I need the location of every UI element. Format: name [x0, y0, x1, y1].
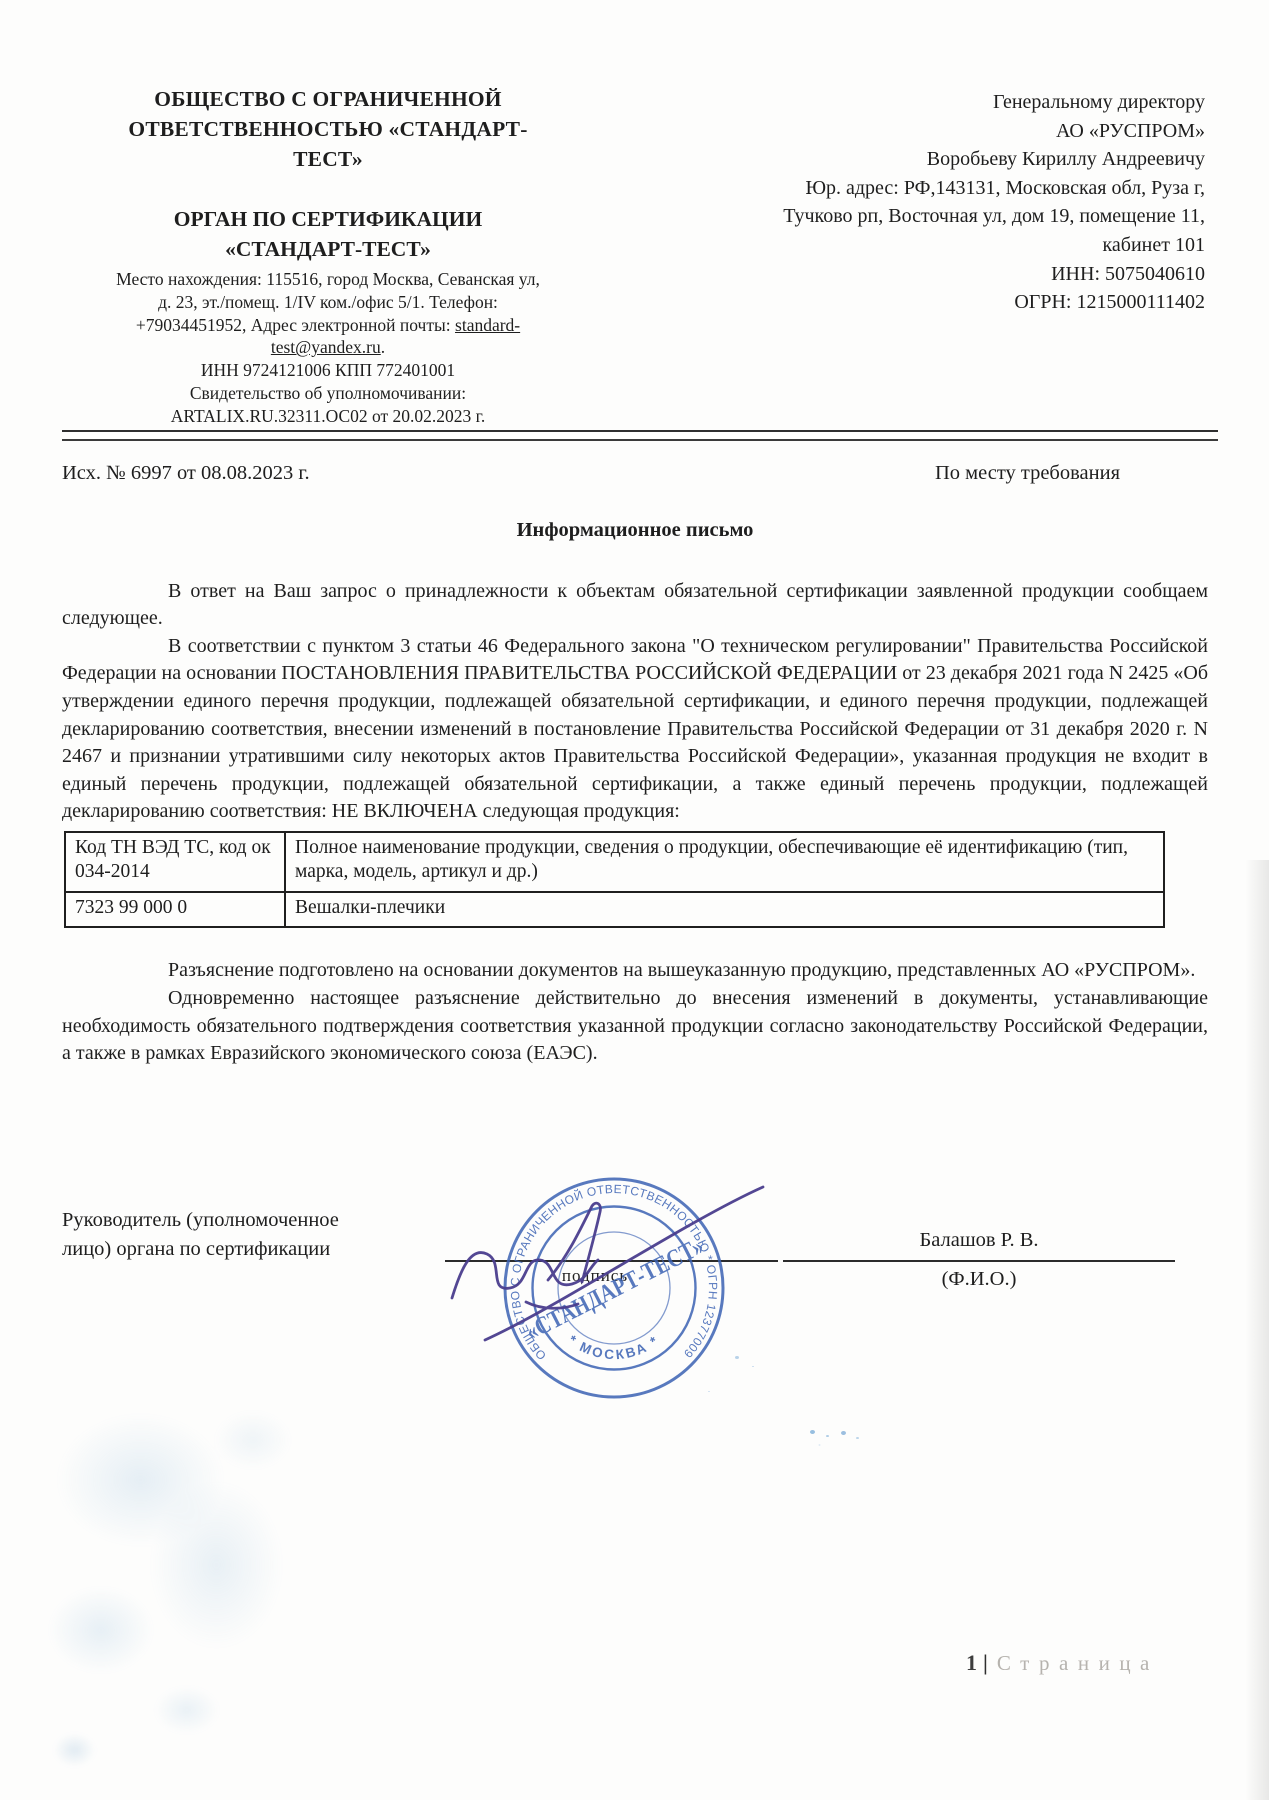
recipient-line: ОГРН: 1215000111402: [665, 288, 1205, 317]
email-label: +79034451952, Адрес электронной почты:: [136, 315, 455, 335]
paragraph-legal-basis: В соответствии с пунктом 3 статьи 46 Фед…: [62, 633, 1208, 826]
org-address-line: д. 23, эт./помещ. 1/IV ком./офис 5/1. Те…: [48, 291, 608, 314]
ink-speckles: [810, 1430, 815, 1434]
handwritten-signature: [430, 1160, 790, 1370]
org-name: ОБЩЕСТВО С ОГРАНИЧЕННОЙ ОТВЕТСТВЕННОСТЬЮ…: [48, 84, 608, 174]
letter-body: Информационное письмо В ответ на Ваш зап…: [62, 517, 1208, 1068]
org-address-line: Место нахождения: 115516, город Москва, …: [48, 268, 608, 291]
email-part: standard-: [455, 315, 520, 335]
signatory-role-line: Руководитель (уполномоченное: [62, 1206, 339, 1235]
recipient-line: кабинет 101: [665, 231, 1205, 260]
ink-speckles: [735, 1356, 739, 1359]
page-number: 1: [966, 1650, 977, 1675]
outgoing-number: Исх. № 6997 от 08.08.2023 г.: [62, 462, 310, 485]
page-label: Страница: [997, 1651, 1159, 1675]
paragraph-validity: Одновременно настоящее разъяснение дейст…: [62, 985, 1208, 1068]
scanned-letter-page: ОБЩЕСТВО С ОГРАНИЧЕННОЙ ОТВЕТСТВЕННОСТЬЮ…: [0, 0, 1269, 1800]
attestation-value: ARTALIX.RU.32311.ОС02 от 20.02.2023 г.: [48, 405, 608, 428]
cell-product-name: Вешалки-плечики: [285, 892, 1164, 928]
signatory-role-label: Руководитель (уполномоченное лицо) орган…: [62, 1206, 339, 1264]
org-details: Место нахождения: 115516, город Москва, …: [48, 268, 608, 428]
recipient-line: Генеральному директору: [665, 88, 1205, 117]
org-name-line: ОТВЕТСТВЕННОСТЬЮ «СТАНДАРТ-: [48, 114, 608, 144]
org-email-line: test@yandex.ru.: [48, 336, 608, 359]
cert-name-line: ОРГАН ПО СЕРТИФИКАЦИИ: [48, 204, 608, 234]
attestation-label: Свидетельство об уполномочивании:: [48, 382, 608, 405]
cert-name-line: «СТАНДАРТ-ТЕСТ»: [48, 234, 608, 264]
name-caption: (Ф.И.О.): [783, 1268, 1175, 1291]
email-suffix: .: [381, 337, 385, 357]
signatory-role-line: лицо) органа по сертификации: [62, 1235, 339, 1264]
table-row: 7323 99 000 0 Вешалки-плечики: [65, 892, 1164, 928]
org-name-line: ТЕСТ»: [48, 144, 608, 174]
paragraph-intro: В ответ на Ваш запрос о принадлежности к…: [62, 578, 1208, 633]
page-footer: 1|Страница: [966, 1650, 1159, 1676]
recipient-line: АО «РУСПРОМ»: [665, 117, 1205, 146]
letterhead-separator-line: [62, 430, 1218, 441]
recipient-line: Тучково рп, Восточная ул, дом 19, помеще…: [665, 202, 1205, 231]
org-name-line: ОБЩЕСТВО С ОГРАНИЧЕННОЙ: [48, 84, 608, 114]
name-line: [783, 1260, 1175, 1262]
paragraph-clarification: Разъяснение подготовлено на основании до…: [62, 957, 1208, 985]
scan-edge-shadow: [1245, 860, 1269, 1800]
letterhead-org-block: ОБЩЕСТВО С ОГРАНИЧЕННОЙ ОТВЕТСТВЕННОСТЬЮ…: [48, 84, 608, 428]
cell-code: 7323 99 000 0: [65, 892, 285, 928]
signature-strokes: [452, 1187, 763, 1340]
signatory-name: Балашов Р. В.: [783, 1229, 1175, 1252]
table-header-row: Код ТН ВЭД ТС, код ок 034-2014 Полное на…: [65, 832, 1164, 892]
email-part: test@yandex.ru: [271, 337, 381, 357]
recipient-block: Генеральному директору АО «РУСПРОМ» Воро…: [665, 88, 1205, 317]
reference-row: Исх. № 6997 от 08.08.2023 г. По месту тр…: [62, 462, 1208, 485]
recipient-line: ИНН: 5075040610: [665, 260, 1205, 289]
delivery-note: По месту требования: [935, 462, 1208, 485]
product-table: Код ТН ВЭД ТС, код ок 034-2014 Полное на…: [64, 831, 1165, 929]
recipient-line: Воробьеву Кириллу Андреевичу: [665, 145, 1205, 174]
header-cell-description: Полное наименование продукции, сведения …: [285, 832, 1164, 892]
recipient-line: Юр. адрес: РФ,143131, Московская обл, Ру…: [665, 174, 1205, 203]
footer-divider: |: [983, 1650, 988, 1675]
header-cell-code: Код ТН ВЭД ТС, код ок 034-2014: [65, 832, 285, 892]
letter-title: Информационное письмо: [62, 517, 1208, 545]
org-address-line: +79034451952, Адрес электронной почты: s…: [48, 314, 608, 337]
ink-smudge: [35, 1290, 365, 1790]
certification-body-name: ОРГАН ПО СЕРТИФИКАЦИИ «СТАНДАРТ-ТЕСТ»: [48, 204, 608, 264]
org-inn-kpp: ИНН 9724121006 КПП 772401001: [48, 359, 608, 382]
